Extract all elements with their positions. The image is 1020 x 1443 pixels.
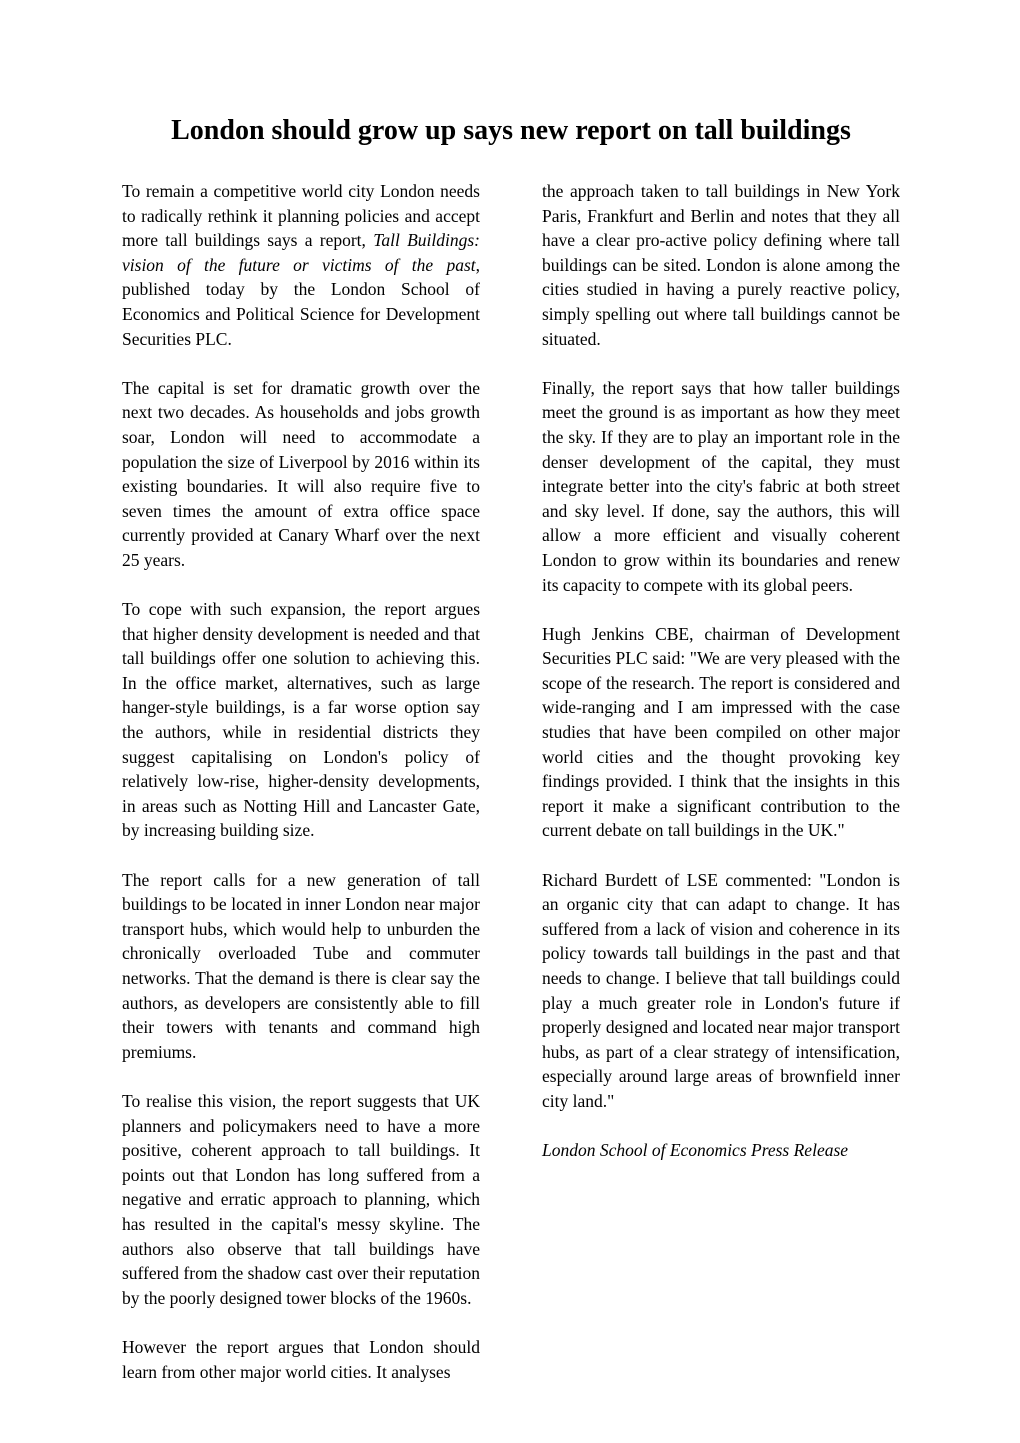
right-column: the approach taken to tall buildings in … [542, 179, 900, 1384]
paragraph: The report calls for a new generation of… [122, 868, 480, 1065]
paragraph: Finally, the report says that how taller… [542, 376, 900, 597]
press-release-attribution: London School of Economics Press Release [542, 1138, 900, 1163]
paragraph: To remain a competitive world city Londo… [122, 179, 480, 351]
paragraph: the approach taken to tall buildings in … [542, 179, 900, 351]
paragraph: To cope with such expansion, the report … [122, 597, 480, 843]
paragraph: Richard Burdett of LSE commented: "Londo… [542, 868, 900, 1114]
left-column: To remain a competitive world city Londo… [122, 179, 480, 1384]
page-title: London should grow up says new report on… [122, 113, 900, 149]
document-page: London should grow up says new report on… [0, 0, 1020, 1443]
paragraph: To realise this vision, the report sugge… [122, 1089, 480, 1310]
paragraph: However the report argues that London sh… [122, 1335, 480, 1384]
paragraph: The capital is set for dramatic growth o… [122, 376, 480, 573]
two-column-layout: To remain a competitive world city Londo… [122, 179, 900, 1384]
paragraph: Hugh Jenkins CBE, chairman of Developmen… [542, 622, 900, 843]
